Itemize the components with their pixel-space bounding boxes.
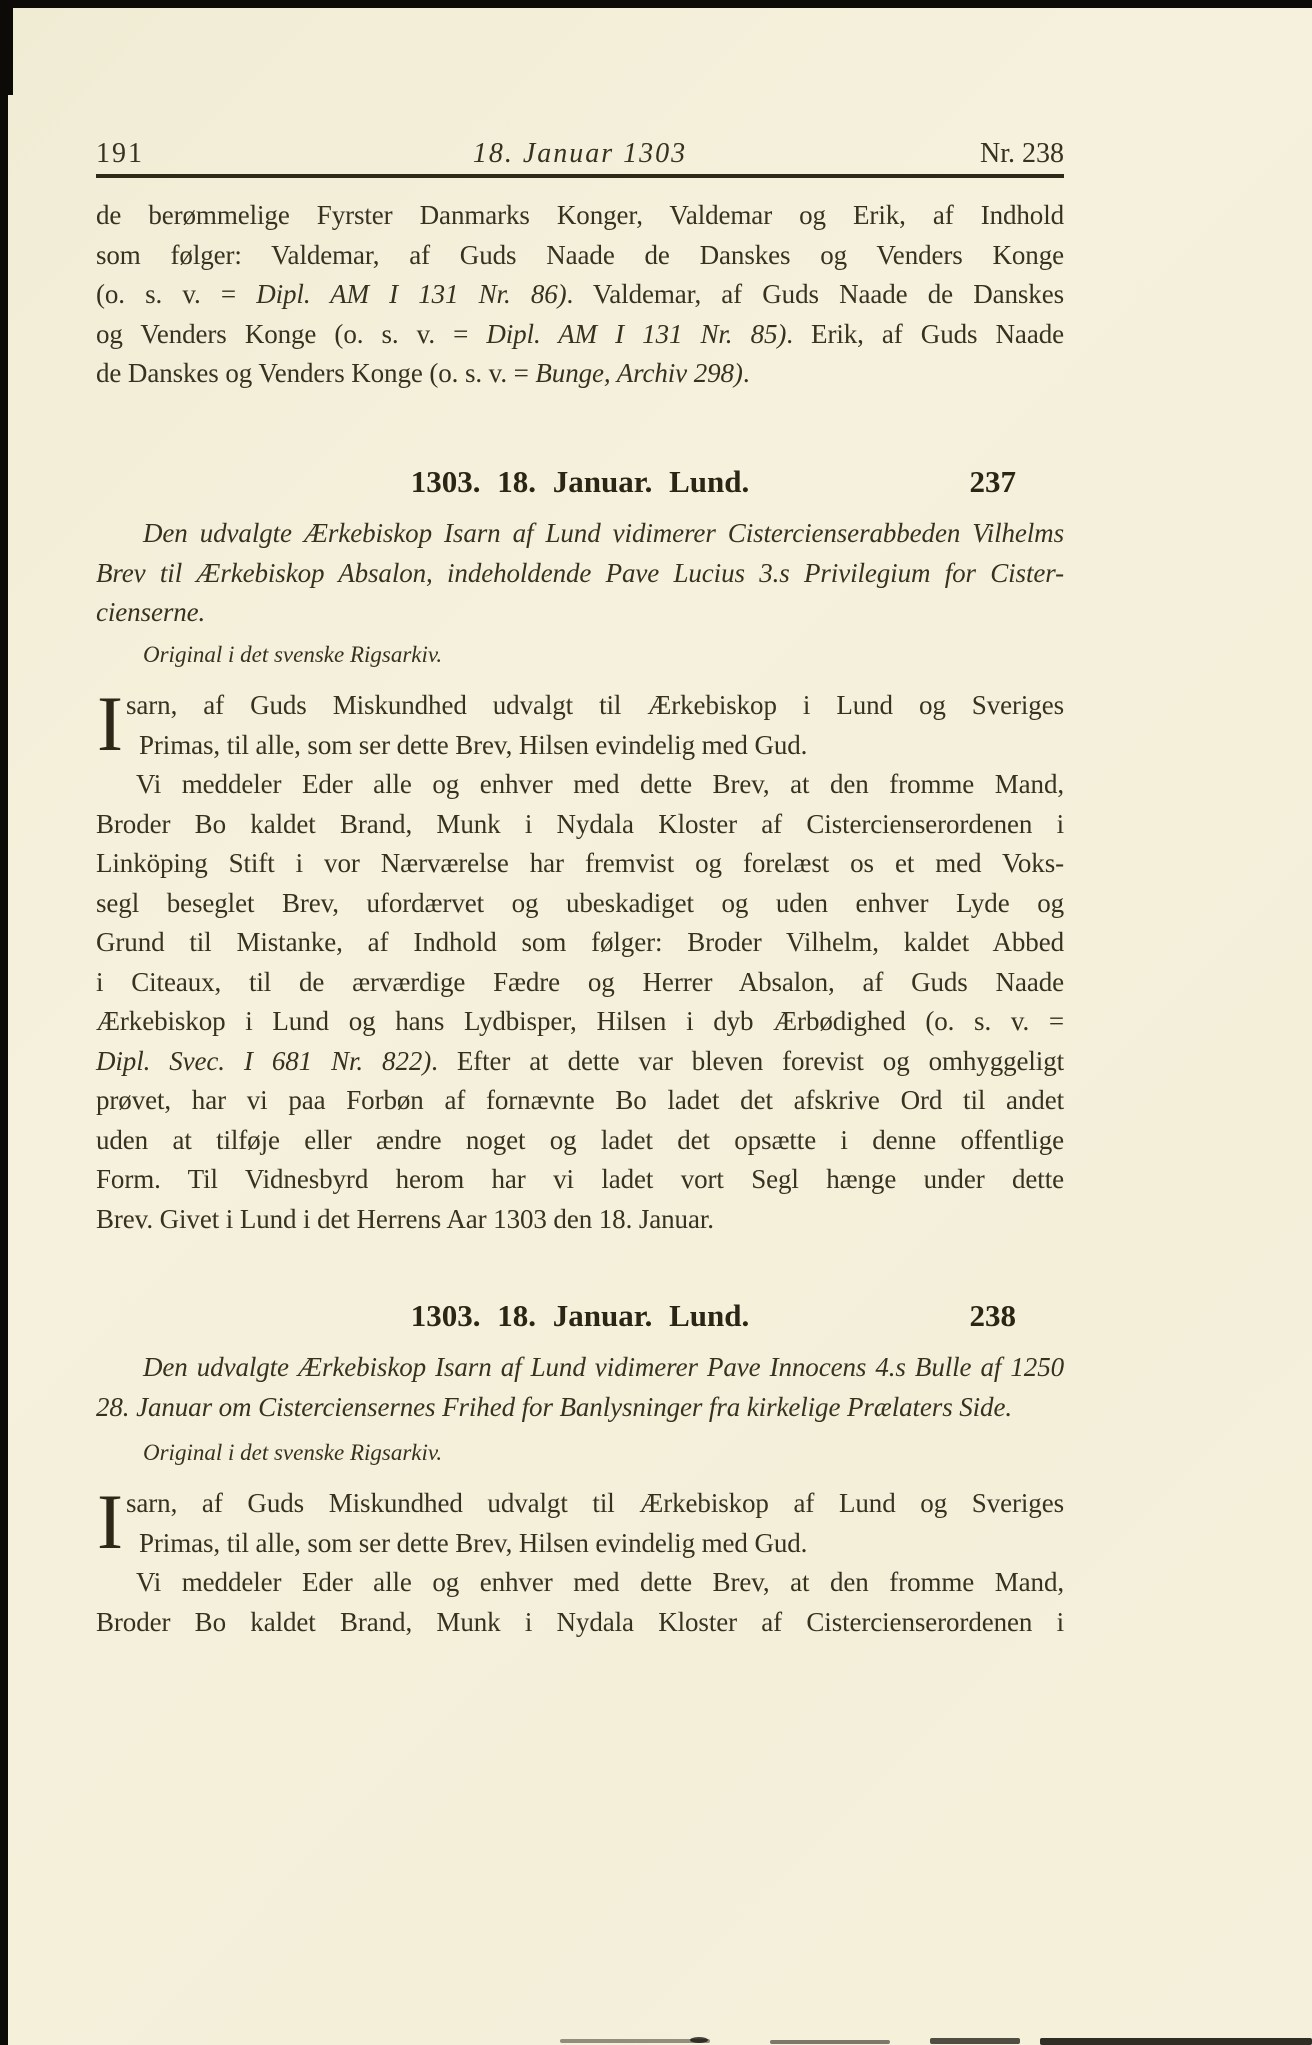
text-line: segl beseglet Brev, ufordærvet og ubeska… xyxy=(96,884,1064,924)
text-line: Grund til Mistanke, af Indhold som følge… xyxy=(96,923,1064,963)
entry-237: 1303. 18. Januar. Lund. 237 Den udvalgte… xyxy=(96,464,1064,1254)
scan-smudge xyxy=(770,2040,890,2044)
entry-heading: 1303. 18. Januar. Lund. 237 xyxy=(96,464,1064,506)
text-line: som følger: Valdemar, af Guds Naade de D… xyxy=(96,236,1064,276)
scan-edge-top xyxy=(0,0,1312,8)
entry-number: 238 xyxy=(970,1298,1017,1334)
scan-edge-left-wedge xyxy=(0,0,13,95)
text-line: Dipl. Svec. I 681 Nr. 822). Efter at det… xyxy=(96,1042,1064,1082)
text-segment: Den udvalgte Ærkebiskop Isarn af Lund vi… xyxy=(143,1352,1064,1382)
entry-238: 1303. 18. Januar. Lund. 238 Den udvalgte… xyxy=(96,1298,1064,1718)
text-line: prøvet, har vi paa Forbøn af fornævnte B… xyxy=(96,1081,1064,1121)
text-segment: Broder Bo kaldet Brand, Munk i Nydala Kl… xyxy=(96,1607,1064,1637)
text-line: Den udvalgte Ærkebiskop Isarn af Lund vi… xyxy=(96,1348,1064,1388)
scanned-book-page: 191 18. Januar 1303 Nr. 238 de berømmeli… xyxy=(0,0,1312,2045)
text-segment: sarn, af Guds Miskundhed udvalgt til Ærk… xyxy=(126,690,1064,720)
source-note: Original i det svenske Rigsarkiv. xyxy=(96,640,1064,670)
text-segment: . Efter at dette var bleven forevist og … xyxy=(431,1046,1064,1076)
running-title: 18. Januar 1303 xyxy=(96,138,1064,170)
text-segment: som følger: Valdemar, af Guds Naade de D… xyxy=(96,240,1064,270)
text-segment: de berømmelige Fyrster Danmarks Konger, … xyxy=(96,200,1064,230)
text-line: (o. s. v. = Dipl. AM I 131 Nr. 86). Vald… xyxy=(96,275,1064,315)
text-segment: Dipl. Svec. I 681 Nr. 822) xyxy=(96,1046,431,1076)
entry-summary: Den udvalgte Ærkebiskop Isarn af Lund vi… xyxy=(96,1348,1064,1427)
text-line: cienserne. xyxy=(96,593,1064,633)
text-line: sarn, af Guds Miskundhed udvalgt til Ærk… xyxy=(96,1484,1064,1524)
scan-smudge xyxy=(690,2037,708,2043)
entry-heading-title: 1303. 18. Januar. Lund. xyxy=(411,1298,750,1333)
page-header: 191 18. Januar 1303 Nr. 238 xyxy=(96,138,1064,176)
text-segment: Primas, til alle, som ser dette Brev, Hi… xyxy=(139,730,807,760)
text-segment: Vi meddeler Eder alle og enhver med dett… xyxy=(136,1567,1064,1597)
body-paragraph: Vi meddeler Eder alle og enhver med dett… xyxy=(96,765,1064,1239)
text-segment: . Erik, af Guds Naade xyxy=(786,319,1064,349)
scan-edge-left xyxy=(0,0,8,2045)
text-segment: . Valdemar, af Guds Naade de Danskes xyxy=(567,279,1064,309)
text-line: Den udvalgte Ærkebiskop Isarn af Lund vi… xyxy=(96,514,1064,554)
text-line: Broder Bo kaldet Brand, Munk i Nydala Kl… xyxy=(96,805,1064,845)
text-line: Linköping Stift i vor Nærværelse har fre… xyxy=(96,844,1064,884)
text-segment: Primas, til alle, som ser dette Brev, Hi… xyxy=(139,1528,807,1558)
scan-smudge xyxy=(560,2039,710,2043)
text-segment: prøvet, har vi paa Forbøn af fornævnte B… xyxy=(96,1085,1064,1115)
text-segment: uden at tilføje eller ændre noget og lad… xyxy=(96,1125,1064,1155)
text-segment: Vi meddeler Eder alle og enhver med dett… xyxy=(136,769,1064,799)
text-segment: Den udvalgte Ærkebiskop Isarn af Lund vi… xyxy=(143,518,1064,548)
scan-smudge xyxy=(930,2038,1020,2044)
text-segment: Grund til Mistanke, af Indhold som følge… xyxy=(96,927,1064,957)
text-line: Broder Bo kaldet Brand, Munk i Nydala Kl… xyxy=(96,1603,1064,1643)
entry-body: Isarn, af Guds Miskundhed udvalgt til Ær… xyxy=(96,1484,1064,1642)
text-segment: 28. Januar om Cisterciensernes Frihed fo… xyxy=(96,1392,1012,1422)
entry-body: Isarn, af Guds Miskundhed udvalgt til Ær… xyxy=(96,686,1064,1239)
entry-summary: Den udvalgte Ærkebiskop Isarn af Lund vi… xyxy=(96,514,1064,633)
text-line: Brev til Ærkebiskop Absalon, indeholdend… xyxy=(96,554,1064,594)
text-segment: Bunge, Archiv 298) xyxy=(535,358,742,388)
text-segment: Brev. Givet i Lund i det Herrens Aar 130… xyxy=(96,1204,714,1234)
text-line: Brev. Givet i Lund i det Herrens Aar 130… xyxy=(96,1200,1064,1240)
body-paragraph: Isarn, af Guds Miskundhed udvalgt til Ær… xyxy=(96,686,1064,765)
entry-ref: Nr. 238 xyxy=(980,138,1064,170)
text-line: sarn, af Guds Miskundhed udvalgt til Ærk… xyxy=(96,686,1064,726)
text-segment: segl beseglet Brev, ufordærvet og ubeska… xyxy=(96,888,1064,918)
text-line: Primas, til alle, som ser dette Brev, Hi… xyxy=(96,1524,1064,1564)
entry-heading-title: 1303. 18. Januar. Lund. xyxy=(411,464,750,499)
text-segment: Brev til Ærkebiskop Absalon, indeholdend… xyxy=(96,558,1064,588)
text-segment: Dipl. AM I 131 Nr. 86) xyxy=(256,279,566,309)
text-segment: i Citeaux, til de ærværdige Fædre og Her… xyxy=(96,967,1064,997)
text-line: Form. Til Vidnesbyrd herom har vi ladet … xyxy=(96,1160,1064,1200)
header-rule xyxy=(96,174,1064,178)
text-line: de berømmelige Fyrster Danmarks Konger, … xyxy=(96,196,1064,236)
scan-smudge xyxy=(1040,2038,1312,2045)
text-line: i Citeaux, til de ærværdige Fædre og Her… xyxy=(96,963,1064,1003)
text-segment: og Venders Konge (o. s. v. = xyxy=(96,319,486,349)
text-line: Ærkebiskop i Lund og hans Lydbisper, Hil… xyxy=(96,1002,1064,1042)
text-line: Vi meddeler Eder alle og enhver med dett… xyxy=(96,765,1064,805)
text-segment: Dipl. AM I 131 Nr. 85) xyxy=(486,319,786,349)
text-line: de Danskes og Venders Konge (o. s. v. = … xyxy=(96,354,1064,394)
text-segment: . xyxy=(743,358,750,388)
text-line: og Venders Konge (o. s. v. = Dipl. AM I … xyxy=(96,315,1064,355)
source-note: Original i det svenske Rigsarkiv. xyxy=(96,1438,1064,1468)
text-line: uden at tilføje eller ændre noget og lad… xyxy=(96,1121,1064,1161)
text-segment: (o. s. v. = xyxy=(96,279,256,309)
text-line: 28. Januar om Cisterciensernes Frihed fo… xyxy=(96,1388,1064,1428)
entry-number: 237 xyxy=(970,464,1017,500)
text-segment: Form. Til Vidnesbyrd herom har vi ladet … xyxy=(96,1164,1064,1194)
text-segment: Ærkebiskop i Lund og hans Lydbisper, Hil… xyxy=(96,1006,1064,1036)
intro-paragraph: de berømmelige Fyrster Danmarks Konger, … xyxy=(96,196,1064,394)
drop-cap: I xyxy=(97,1489,123,1555)
text-line: Vi meddeler Eder alle og enhver med dett… xyxy=(96,1563,1064,1603)
text-segment: de Danskes og Venders Konge (o. s. v. = xyxy=(96,358,535,388)
text-line: Primas, til alle, som ser dette Brev, Hi… xyxy=(96,726,1064,766)
body-paragraph: Isarn, af Guds Miskundhed udvalgt til Ær… xyxy=(96,1484,1064,1563)
text-segment: cienserne. xyxy=(96,597,205,627)
text-segment: Broder Bo kaldet Brand, Munk i Nydala Kl… xyxy=(96,809,1064,839)
body-paragraph: Vi meddeler Eder alle og enhver med dett… xyxy=(96,1563,1064,1642)
entry-heading: 1303. 18. Januar. Lund. 238 xyxy=(96,1298,1064,1340)
text-segment: Linköping Stift i vor Nærværelse har fre… xyxy=(96,848,1064,878)
text-segment: sarn, af Guds Miskundhed udvalgt til Ærk… xyxy=(126,1488,1064,1518)
drop-cap: I xyxy=(97,691,123,757)
